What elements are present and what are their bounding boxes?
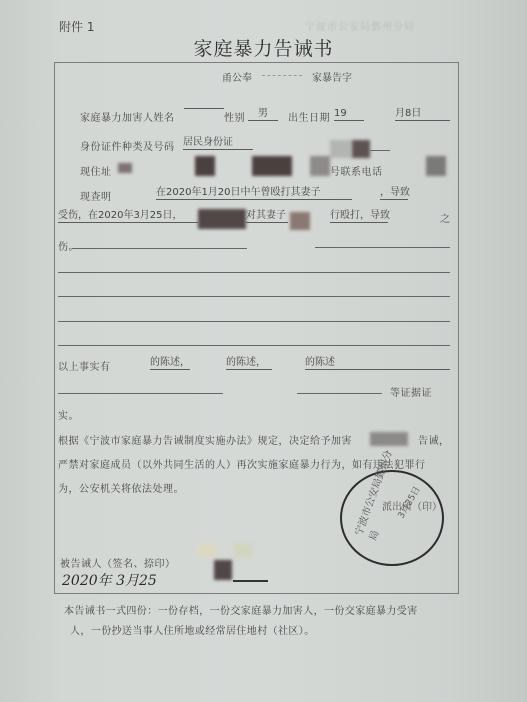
findings-line-2a: 受伤，在2020年3月25日， xyxy=(58,210,198,223)
gender-field: 男 xyxy=(248,108,278,121)
redacted-sign-2 xyxy=(234,543,252,557)
footnote-line-1: 本告诫书一式四份：一份存档，一份交家庭暴力加害人，一份交家庭暴力受害 xyxy=(64,602,418,617)
redacted-findings-2 xyxy=(290,212,310,230)
id-label: 身份证件种类及号码 xyxy=(80,138,175,153)
findings-line-1-end: ，导致 xyxy=(380,187,408,200)
blank-line-4 xyxy=(58,345,450,346)
birth-day-field: 月8日 xyxy=(395,108,450,121)
handwritten-date: 2020年 3月25 xyxy=(62,570,157,590)
doc-number-blank xyxy=(262,75,302,76)
doc-number-prefix: 甬公奉 xyxy=(222,69,252,84)
evidence-statement-3: 的陈述 xyxy=(305,357,450,370)
blank-line-3 xyxy=(58,321,450,322)
findings-line-2b: 对其妻子 xyxy=(246,210,288,223)
phone-label: 号联系电话 xyxy=(330,163,383,178)
evidence-statement-2: 的陈述， xyxy=(226,357,272,370)
birth-year-field: 19 xyxy=(334,108,364,121)
blank-line-1 xyxy=(58,272,450,273)
evidence-lead: 以上事实有 xyxy=(58,358,111,373)
redacted-address-3 xyxy=(252,156,292,176)
evidence-end: 实。 xyxy=(58,407,79,422)
findings-label: 现查明 xyxy=(80,188,112,203)
decision-line-1: 根据《宁波市家庭暴力告诫制度实施办法》规定，决定给予加害 xyxy=(58,432,352,447)
redacted-id-2 xyxy=(352,140,370,158)
redacted-address-2 xyxy=(195,156,215,176)
redacted-sign-1 xyxy=(197,543,217,557)
decision-line-2: 严禁对家庭成员（以外共同生活的人）再次实施家庭暴力行为，如有违法犯罪行 xyxy=(58,456,426,471)
annex-label: 附件 1 xyxy=(59,18,94,35)
findings-line-3-rule-a xyxy=(72,248,247,249)
evidence-line-a xyxy=(58,393,223,394)
id-number-line xyxy=(370,150,390,151)
document-title: 家庭暴力告诫书 xyxy=(0,34,527,61)
findings-line-2d: 之 xyxy=(440,210,451,225)
redacted-id-1 xyxy=(330,140,352,158)
gender-label: 性别 xyxy=(224,109,245,124)
findings-line-3-rule-b xyxy=(315,247,450,248)
id-type-field: 居民身份证 xyxy=(183,137,253,150)
redacted-sign-3 xyxy=(214,560,232,580)
redacted-decision xyxy=(370,432,408,446)
redacted-address-1 xyxy=(118,163,132,173)
signature-stroke xyxy=(233,580,268,582)
decision-line-3: 为，公安机关将依法处理。 xyxy=(58,480,184,495)
evidence-tail: 等证据证 xyxy=(390,384,432,399)
evidence-statement-1: 的陈述， xyxy=(150,357,190,370)
findings-line-3: 伤。 xyxy=(58,238,79,253)
redacted-findings-1 xyxy=(198,209,246,229)
blank-line-2 xyxy=(58,296,450,297)
findings-line-1: 在2020年1月20日中午曾殴打其妻子 xyxy=(156,187,352,200)
official-seal: 宁波市公安局鄞州分局 派出所（印） 3月25日 xyxy=(340,470,444,566)
bleed-through-text: 宁波市公安局鄞州分局 xyxy=(305,18,415,33)
signature-label: 被告诫人（签名、捺印） xyxy=(60,555,176,570)
footnote-line-2: 人，一份抄送当事人住所地或经常居住地村（社区）。 xyxy=(70,622,315,637)
doc-number-suffix: 家暴告字 xyxy=(312,69,352,84)
findings-line-2c: 行殴打，导致 xyxy=(330,210,388,223)
birth-label: 出生日期 xyxy=(288,109,330,124)
evidence-line-b xyxy=(297,393,382,394)
decision-line-1-end: 告诫， xyxy=(418,432,450,447)
abuser-name-label: 家庭暴力加害人姓名 xyxy=(80,109,175,124)
abuser-name-field xyxy=(184,108,224,109)
redacted-phone xyxy=(426,156,446,176)
address-label: 现住址 xyxy=(80,163,112,178)
document-page: 附件 1 宁波市公安局鄞州分局 家庭暴力告诫书 甬公奉 家暴告字 家庭暴力加害人… xyxy=(0,0,527,702)
redacted-address-4 xyxy=(310,156,330,176)
